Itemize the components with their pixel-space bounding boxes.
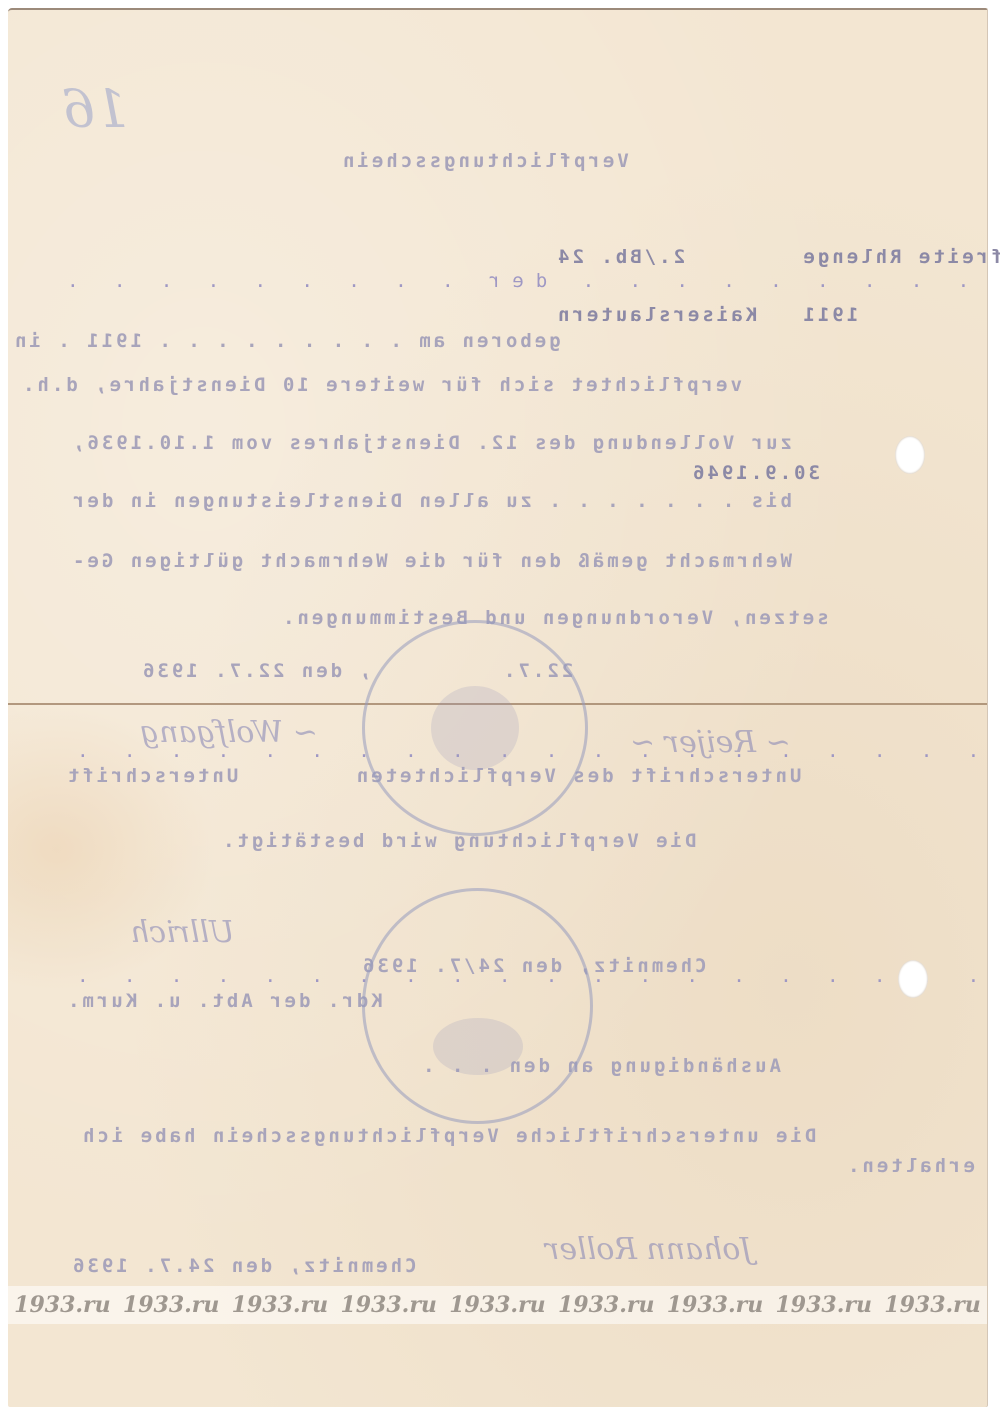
- watermark-text: 1933.ru: [232, 1292, 328, 1318]
- watermark-bar: 1933.ru1933.ru1933.ru1933.ru1933.ru1933.…: [8, 1286, 987, 1324]
- eagle-emblem-icon: [431, 686, 519, 770]
- watermark-text: 1933.ru: [14, 1292, 110, 1318]
- watermark-text: 1933.ru: [449, 1292, 545, 1318]
- watermark-text: 1933.ru: [558, 1292, 654, 1318]
- line-regulations: setzen, Verordnungen und Bestimmungen.: [280, 607, 829, 629]
- line-chemnitz-2: Chemnitz, den 24.7. 1936: [70, 1255, 417, 1277]
- line-wehrmacht: Wehrmacht gemäß den für die Wehrmacht gü…: [70, 550, 792, 572]
- eagle-emblem-icon: [433, 1018, 523, 1076]
- lower-round-stamp: [362, 888, 593, 1124]
- line-service-from: zur Vollendung des 12. Dienstjahres vom …: [70, 432, 792, 454]
- line-born: geboren am . . . . . . . . . 1911 . in: [12, 330, 561, 352]
- punch-hole-bottom: [898, 960, 928, 998]
- page-number: 16: [62, 80, 128, 140]
- line-name-unit: Gefreite Rhlenge 2./Bb. 24: [555, 246, 1000, 268]
- signature-bottom: Johann Roller: [545, 1232, 752, 1267]
- signature-middle: Ullrich: [130, 915, 235, 950]
- watermark-text: 1933.ru: [776, 1292, 872, 1318]
- upper-round-stamp: [362, 620, 588, 836]
- line-received: Die unterschriftliche Verpflichtungssche…: [80, 1125, 816, 1147]
- line-until: bis . . . . . . . zu allen Dienstleistun…: [70, 490, 792, 512]
- line-birthdate: 24. Januar 1911 Kaiserslautern: [555, 304, 1000, 326]
- line-commander: Kdr. der Abt. u. Kurm.: [65, 990, 383, 1012]
- punch-hole-top: [895, 436, 925, 474]
- line-commitment: verpflichtet sich für weitere 10 Dienstj…: [20, 374, 742, 396]
- line-received-end: erhalten.: [845, 1155, 975, 1177]
- document-title: Verpflichtungsschein: [340, 150, 629, 172]
- watermark-text: 1933.ru: [340, 1292, 436, 1318]
- line-dots-1: Der . . . . . . . . . . . . . . der . . …: [55, 270, 1000, 292]
- watermark-text: 1933.ru: [123, 1292, 219, 1318]
- watermark-text: 1933.ru: [667, 1292, 763, 1318]
- line-service-to-date: 30.9.1946: [690, 462, 820, 484]
- watermark-text: 1933.ru: [884, 1292, 980, 1318]
